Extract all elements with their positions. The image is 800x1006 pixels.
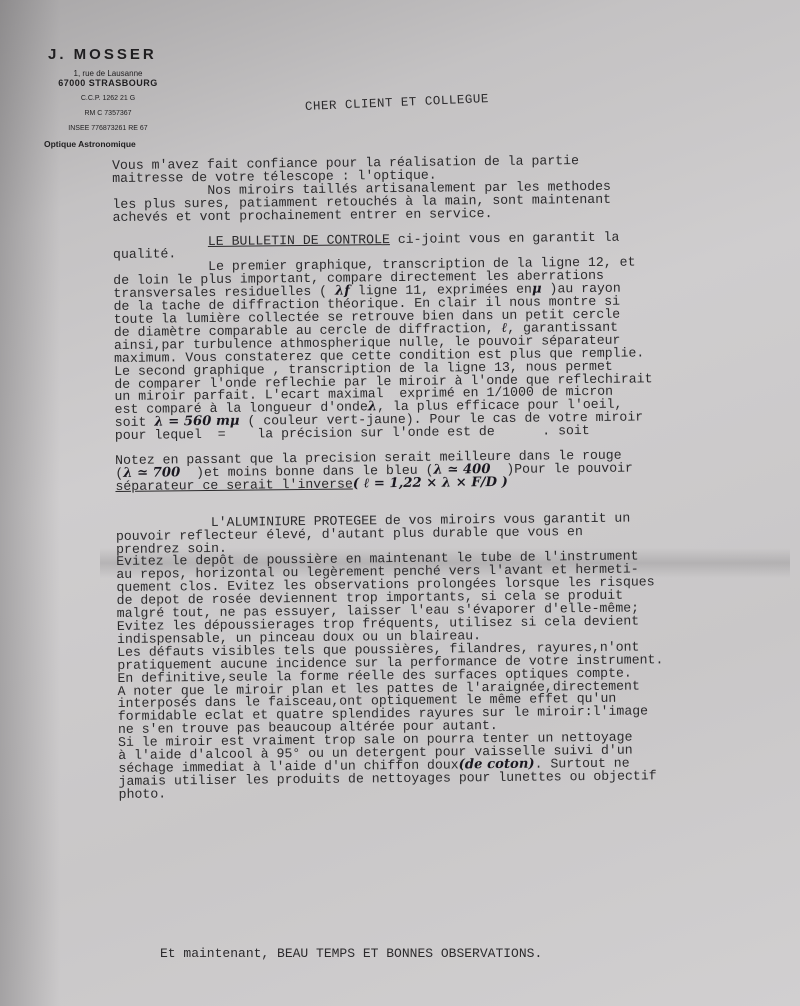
letterhead: J. MOSSER 1, rue de Lausanne 67000 STRAS… [38,46,178,149]
page-shadow [0,0,60,1006]
company-street: 1, rue de Lausanne [38,69,178,78]
handwritten-formula: ( ℓ = 1,22 × λ × F/D ) [353,475,508,492]
company-rm: RM C 7357367 [38,109,178,118]
company-city: 67000 STRASBOURG [38,78,178,88]
company-tagline: Optique Astronomique [38,139,178,149]
company-name: J. MOSSER [38,46,178,63]
closing-line: Et maintenant, BEAU TEMPS ET BONNES OBSE… [160,946,542,961]
salutation: CHER CLIENT ET COLLEGUE [305,92,489,114]
company-ccp: C.C.P. 1262 21 G [38,94,178,103]
bulletin-title: LE BULLETIN DE CONTROLE [208,232,390,249]
letter-body: Vous m'avez fait confiance pour la réali… [112,153,759,801]
company-insee: INSEE 776873261 RE 67 [38,124,178,133]
